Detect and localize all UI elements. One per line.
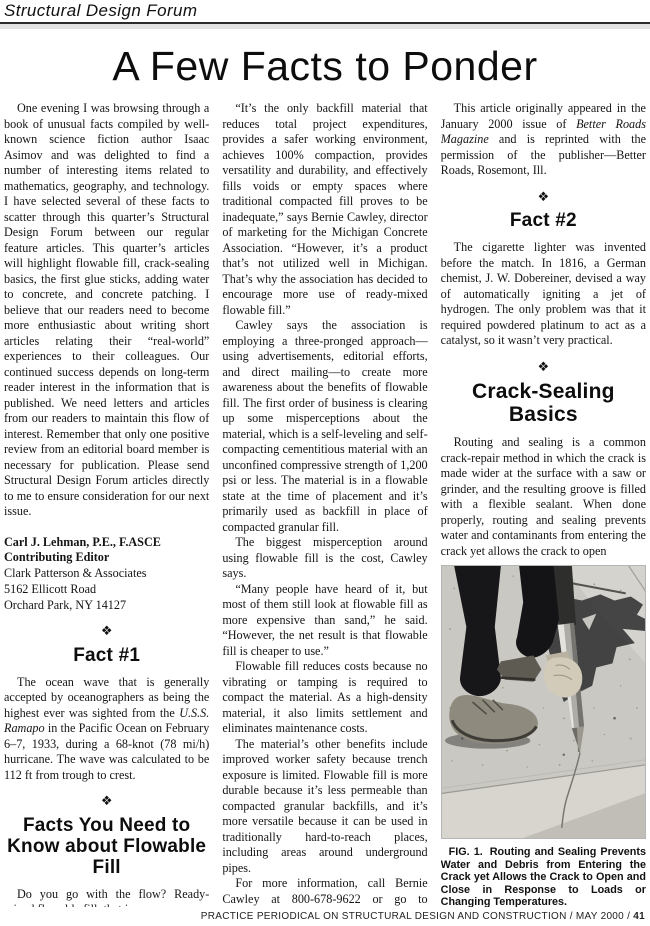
article-body: One evening I was browsing through a boo… [0, 101, 650, 907]
figure-caption-label: FIG. 1. [449, 846, 483, 858]
cost-paragraph: The biggest misperception around using f… [222, 535, 427, 582]
fact1-heading: Fact #1 [4, 645, 209, 666]
contact-paragraph: For more information, call Bernie Cawley… [222, 876, 427, 907]
footer-page-number: 41 [633, 911, 645, 922]
article-title: A Few Facts to Ponder [0, 44, 650, 88]
editor-street: 5162 Ellicott Road [4, 582, 209, 598]
header-band [0, 24, 650, 29]
flowable-fill-heading: Facts You Need to Know about Flowable Fi… [4, 815, 209, 878]
fact2-heading: Fact #2 [441, 210, 646, 231]
editor-name: Carl J. Lehman, P.E., F.ASCE [4, 535, 209, 551]
diamond-divider-icon: ❖ [441, 190, 646, 206]
diamond-divider-icon: ❖ [441, 360, 646, 376]
editor-role: Contributing Editor [4, 550, 209, 566]
quote-paragraph: “It’s the only backfill material that re… [222, 101, 427, 318]
footer-journal-line: PRACTICE PERIODICAL ON STRUCTURAL DESIGN… [201, 911, 633, 922]
running-footer: PRACTICE PERIODICAL ON STRUCTURAL DESIGN… [201, 911, 645, 922]
editor-city: Orchard Park, NY 14127 [4, 598, 209, 614]
flowable-intro-paragraph: Do you go with the flow? Ready-mixed flo… [4, 887, 209, 907]
figure-photo [441, 565, 646, 839]
approach-paragraph: Cawley says the association is employing… [222, 318, 427, 535]
figure-caption: FIG. 1.Routing and Sealing Prevents Wate… [441, 846, 646, 907]
fact2-paragraph: The cigarette lighter was invented befor… [441, 240, 646, 349]
column-3: This article originally appeared in the … [441, 101, 646, 907]
reprint-note-paragraph: This article originally appeared in the … [441, 101, 646, 179]
column-1: One evening I was browsing through a boo… [4, 101, 209, 907]
figure-1: FIG. 1.Routing and Sealing Prevents Wate… [441, 565, 646, 907]
benefits-paragraph: The material’s other benefits include im… [222, 737, 427, 877]
signature-block: Carl J. Lehman, P.E., F.ASCE Contributin… [4, 535, 209, 614]
section-kicker: Structural Design Forum [4, 1, 646, 21]
page-header: Structural Design Forum [0, 0, 650, 29]
diamond-divider-icon: ❖ [4, 624, 209, 640]
intro-paragraph: One evening I was browsing through a boo… [4, 101, 209, 520]
crack-sealing-heading: Crack-Sealing Basics [441, 380, 646, 426]
quote2-paragraph: “Many people have heard of it, but most … [222, 582, 427, 660]
fact1-paragraph: The ocean wave that is generally accepte… [4, 675, 209, 784]
reduces-costs-paragraph: Flowable fill reduces costs because no v… [222, 659, 427, 737]
journal-page: Structural Design Forum A Few Facts to P… [0, 0, 650, 926]
editor-org: Clark Patterson & Associates [4, 566, 209, 582]
crack-sealing-paragraph: Routing and sealing is a common crack-re… [441, 435, 646, 559]
column-2: “It’s the only backfill material that re… [222, 101, 427, 907]
diamond-divider-icon: ❖ [4, 794, 209, 810]
